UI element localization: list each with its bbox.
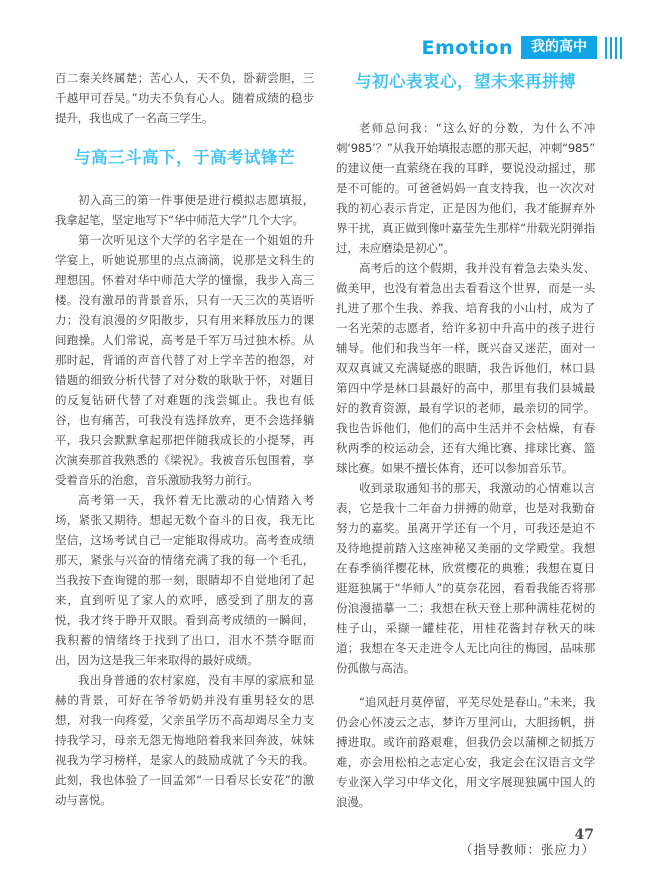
header-stripes-icon (605, 37, 622, 59)
paragraph: 高考第一天，我怀着无比激动的心情踏入考场，紧张又期待。想起无数个奋斗的日夜，我无… (55, 490, 314, 670)
paragraph: 我出身普通的农村家庭，没有丰厚的家底和显赫的背景，可好在爷爷奶奶并没有重男轻女的… (55, 670, 314, 810)
right-column-heading: 与初心表衷心，望未来再拼搏 (336, 70, 595, 94)
paragraph: 高考后的这个假期，我并没有着急去染头发、做美甲，也没有着急出去看看这个世界，而是… (336, 258, 595, 478)
section-title: Emotion (421, 37, 513, 59)
left-paragraphs: 初入高三的第一件事便是进行模拟志愿填报，我拿起笔，坚定地写下“华中师范大学”几个… (55, 190, 314, 810)
paragraph: 收到录取通知书的那天，我激动的心情难以言表，它是我十二年奋力拼搏的勋章，也是对我… (336, 478, 595, 678)
paragraph: “追风赶月莫停留，平芜尽处是春山。”未来，我仍会心怀凌云之志，梦许万里河山，大胆… (336, 692, 595, 812)
page-number: 47 (575, 827, 594, 843)
teacher-credit: （指导教师：张应力） (336, 840, 595, 858)
section-badge: 我的高中 (521, 36, 597, 59)
left-column: 百二秦关终属楚；苦心人，天不负，卧薪尝胆，三千越甲可吞吴。”功夫不负有心人。随着… (55, 68, 314, 858)
paragraph: 初入高三的第一件事便是进行模拟志愿填报，我拿起笔，坚定地写下“华中师范大学”几个… (55, 190, 314, 230)
paragraph: 第一次听见这个大学的名字是在一个姐姐的升学宴上，听她说那里的点点滴滴，说那是文科… (55, 230, 314, 490)
magazine-page: { "colors": { "accent": "#12a5e6", "head… (0, 0, 646, 879)
right-paragraphs: 老师总问我：“这么好的分数，为什么不冲刺‘985’？”从我开始填报志愿的那天起，… (336, 118, 595, 812)
left-column-heading: 与高三斗高下，于高考试锋芒 (55, 146, 314, 170)
page-header: Emotion 我的高中 (421, 36, 622, 59)
continuation-paragraph: 百二秦关终属楚；苦心人，天不负，卧薪尝胆，三千越甲可吞吴。”功夫不负有心人。随着… (55, 68, 314, 128)
article-body: 百二秦关终属楚；苦心人，天不负，卧薪尝胆，三千越甲可吞吴。”功夫不负有心人。随着… (55, 68, 595, 858)
right-column: 与初心表衷心，望未来再拼搏 老师总问我：“这么好的分数，为什么不冲刺‘985’？… (336, 68, 595, 858)
paragraph: 老师总问我：“这么好的分数，为什么不冲刺‘985’？”从我开始填报志愿的那天起，… (336, 118, 595, 258)
